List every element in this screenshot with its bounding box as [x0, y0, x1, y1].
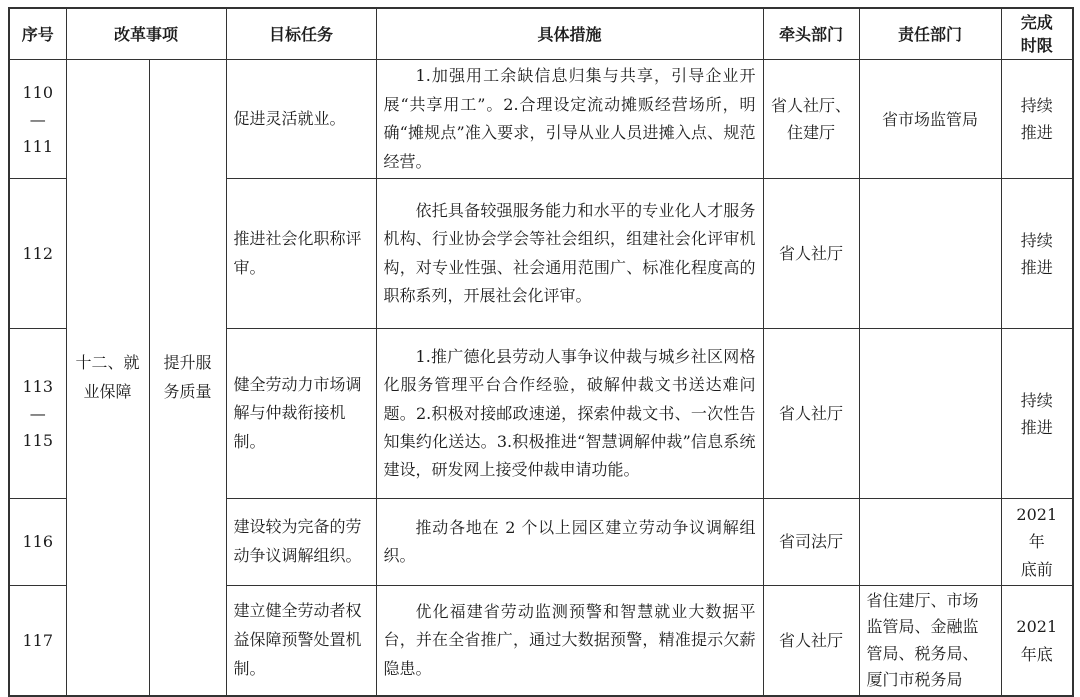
measures-cell: 依托具备较强服务能力和水平的专业化人才服务机构、行业协会学会等社会组织，组建社会… [376, 179, 763, 329]
goal-cell: 建立健全劳动者权益保障预警处置机制。 [226, 585, 376, 696]
deadline-cell: 持续 推进 [1001, 179, 1073, 329]
lead-dept-cell: 省人社厅 [763, 179, 859, 329]
responsible-dept-cell [859, 179, 1001, 329]
seq-cell: 110— 111 [9, 60, 66, 179]
deadline-cell: 持续 推进 [1001, 60, 1073, 179]
lead-dept-cell: 省人社厅 [763, 585, 859, 696]
table-row: 110— 111 十二、就业保障 提升服务质量 促进灵活就业。 1.加强用工余缺… [9, 60, 1073, 179]
header-deadline: 完成 时限 [1001, 8, 1073, 60]
reform-tasks-table: 序号 改革事项 目标任务 具体措施 牵头部门 责任部门 完成 时限 110— 1… [8, 7, 1074, 697]
goal-cell: 促进灵活就业。 [226, 60, 376, 179]
header-lead: 牵头部门 [763, 8, 859, 60]
reform-category-cell: 十二、就业保障 [66, 60, 149, 697]
seq-cell: 113— 115 [9, 329, 66, 499]
document-page: 序号 改革事项 目标任务 具体措施 牵头部门 责任部门 完成 时限 110— 1… [0, 0, 1080, 677]
deadline-cell: 持续 推进 [1001, 329, 1073, 499]
deadline-cell: 2021 年 底前 [1001, 499, 1073, 586]
responsible-dept-cell: 省市场监管局 [859, 60, 1001, 179]
measures-text: 依托具备较强服务能力和水平的专业化人才服务机构、行业协会学会等社会组织，组建社会… [384, 197, 756, 311]
responsible-dept-cell: 省住建厅、市场监管局、金融监管局、税务局、厦门市税务局 [859, 585, 1001, 696]
goal-cell: 推进社会化职称评审。 [226, 179, 376, 329]
measures-cell: 1.加强用工余缺信息归集与共享，引导企业开展“共享用工”。2.合理设定流动摊贩经… [376, 60, 763, 179]
seq-cell: 116 [9, 499, 66, 586]
header-reform: 改革事项 [66, 8, 226, 60]
measures-cell: 优化福建省劳动监测预警和智慧就业大数据平台，并在全省推广，通过大数据预警，精准提… [376, 585, 763, 696]
measures-text: 1.推广德化县劳动人事争议仲裁与城乡社区网格化服务管理平台合作经验，破解仲裁文书… [384, 343, 756, 485]
deadline-cell: 2021 年底 [1001, 585, 1073, 696]
measures-cell: 1.推广德化县劳动人事争议仲裁与城乡社区网格化服务管理平台合作经验，破解仲裁文书… [376, 329, 763, 499]
responsible-dept-cell [859, 329, 1001, 499]
seq-cell: 117 [9, 585, 66, 696]
header-no: 序号 [9, 8, 66, 60]
goal-cell: 建设较为完备的劳动争议调解组织。 [226, 499, 376, 586]
header-responsible: 责任部门 [859, 8, 1001, 60]
measures-text: 推动各地在 2 个以上园区建立劳动争议调解组织。 [384, 514, 756, 571]
goal-cell: 健全劳动力市场调解与仲裁衔接机制。 [226, 329, 376, 499]
measures-cell: 推动各地在 2 个以上园区建立劳动争议调解组织。 [376, 499, 763, 586]
lead-dept-cell: 省人社厅 [763, 329, 859, 499]
measures-text: 1.加强用工余缺信息归集与共享，引导企业开展“共享用工”。2.合理设定流动摊贩经… [384, 62, 756, 176]
lead-dept-cell: 省人社厅、 住建厅 [763, 60, 859, 179]
reform-subcategory-cell: 提升服务质量 [149, 60, 226, 697]
lead-dept-cell: 省司法厅 [763, 499, 859, 586]
responsible-dept-cell [859, 499, 1001, 586]
seq-cell: 112 [9, 179, 66, 329]
header-row: 序号 改革事项 目标任务 具体措施 牵头部门 责任部门 完成 时限 [9, 8, 1073, 60]
header-goal: 目标任务 [226, 8, 376, 60]
measures-text: 优化福建省劳动监测预警和智慧就业大数据平台，并在全省推广，通过大数据预警，精准提… [384, 598, 756, 683]
header-measures: 具体措施 [376, 8, 763, 60]
